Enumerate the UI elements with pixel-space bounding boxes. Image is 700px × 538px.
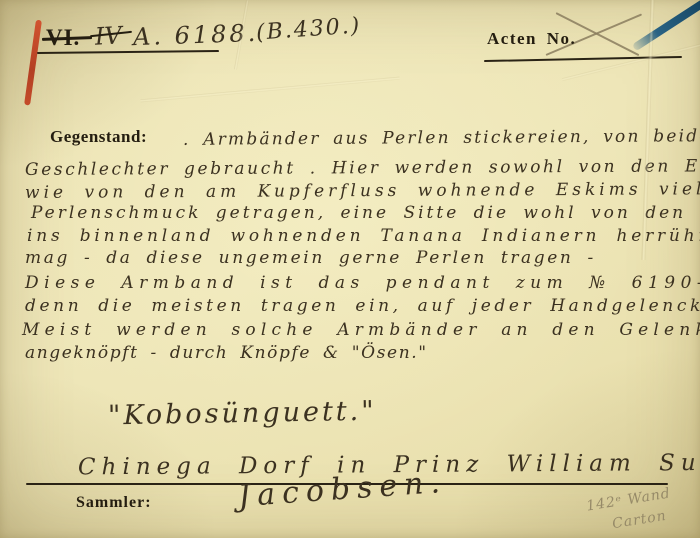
handwritten-line: mag - da diese ungemein gerne Perlen tra… xyxy=(25,246,596,270)
handwritten-line: Meist werden solche Armbänder an den Gel… xyxy=(22,318,700,342)
handwritten-line: denn die meisten tragen ein, auf jeder H… xyxy=(25,294,700,318)
handwritten-line: Diese Armband ist das pendant zum № 6190… xyxy=(25,271,700,295)
native-object-name: "Kobosünguett." xyxy=(108,396,377,432)
handwritten-line: Perlenschmuck getragen, eine Sitte die w… xyxy=(31,201,686,225)
handwritten-line: angeknöpft - durch Knöpfe & "Ösen." xyxy=(25,341,428,365)
sammler-label: Sammler: xyxy=(76,494,152,512)
handwritten-line: . Armbänder aus Perlen stickereien, von … xyxy=(183,124,700,152)
archive-index-card: VI. IV A. 6188. (B.430.) Acten No. Gegen… xyxy=(0,0,700,538)
handwritten-line: ins binnenland wohnenden Tanana Indianer… xyxy=(27,224,700,248)
